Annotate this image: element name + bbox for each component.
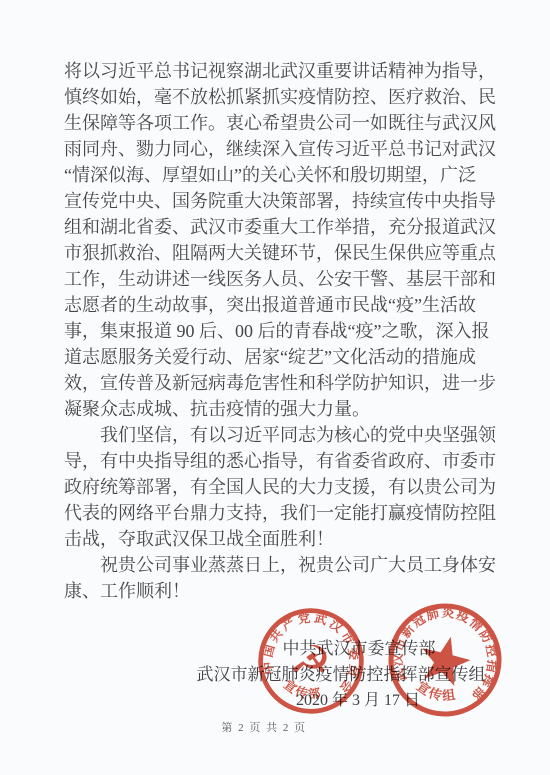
body-line: 导，有中央指导组的悉心指导，有省委省政府、市委市 [64,448,498,474]
letter-body: 将以习近平总书记视察湖北武汉重要讲话精神为指导， 慎终如始，毫不放松抓紧抓实疫情… [64,58,498,604]
scanned-letter-page: 将以习近平总书记视察湖北武汉重要讲话精神为指导， 慎终如始，毫不放松抓紧抓实疫情… [0,0,550,775]
page-number: 第 2 页 共 2 页 [221,719,306,735]
body-line: 雨同舟、勠力同心，继续深入宣传习近平总书记对武汉 [64,136,498,162]
body-line: 生保障等各项工作。衷心希望贵公司一如既往与武汉风 [64,110,498,136]
body-line: “情深似海、厚望如山”的关心关怀和殷切期望，广泛 [64,162,498,188]
seal-bottom-text: 宣传组 [412,677,461,707]
body-line: 政府统筹部署，有全国人民的大力支援，有以贵公司为 [64,474,498,500]
body-line: 市狠抓救治、阻隔两大关键环节，保民生保供应等重点 [64,240,498,266]
body-line: 慎终如始，毫不放松抓紧抓实疫情防控、医疗救治、民 [64,84,498,110]
body-line: 我们坚信，有以习近平同志为核心的党中央坚强领 [64,422,498,448]
body-line: 宣传党中央、国务院重大决策部署，持续宣传中央指导 [64,188,498,214]
body-line: 组和湖北省委、武汉市委重大工作举措，充分报道武汉 [64,214,498,240]
hammer-sickle-icon: ☭ [285,632,336,691]
body-line: 效，宣传普及新冠病毒危害性和科学防护知识，进一步 [64,370,498,396]
body-line: 击战，夺取武汉保卫战全面胜利！ [64,526,498,552]
party-committee-seal: 中国共产党武汉市委员会 宣传部 ☭ [254,604,368,718]
body-line: 代表的网络平台鼎力支持，我们一定能打赢疫情防控阻 [64,500,498,526]
epidemic-hq-seal: 武汉市新冠肺炎疫情防控指挥部 宣传组 [385,600,505,720]
body-line: 工作，生动讲述一线医务人员、公安干警、基层干部和 [64,266,498,292]
body-line: 道志愿服务关爱行动、居家“绽艺”文化活动的措施成 [64,344,498,370]
body-line: 凝聚众志成城、抗击疫情的强大力量。 [64,396,498,422]
body-line: 志愿者的生动故事，突出报道普通市民战“疫”生活故 [64,292,498,318]
body-line: 事，集束报道 90 后、00 后的青春战“疫”之歌，深入报 [64,318,498,344]
body-line: 祝贵公司事业蒸蒸日上，祝贵公司广大员工身体安 [64,552,498,578]
body-line: 将以习近平总书记视察湖北武汉重要讲话精神为指导， [64,58,498,84]
